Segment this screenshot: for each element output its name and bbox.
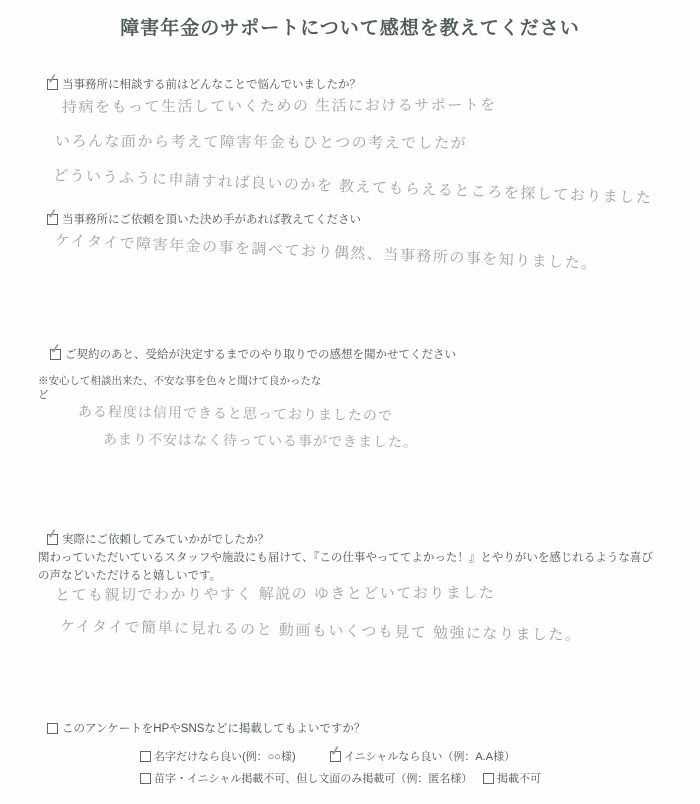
checkbox-question-publish[interactable]: ✓ (47, 723, 58, 734)
publish-option-label: 掲載不可 (497, 770, 541, 786)
note-text: ど (38, 387, 49, 402)
publish-option-label: 名字だけなら良い(例：○○様) (154, 748, 296, 764)
checkmark-icon: ✓ (46, 206, 59, 220)
publish-option-name-only: ✓ 名字だけなら良い(例：○○様) (140, 748, 296, 764)
question-publish: ✓ このアンケートをHPやSNSなどに掲載してもよいですか？ (47, 720, 365, 736)
form-title: 障害年金のサポートについて感想を教えてください (0, 13, 700, 40)
checkbox-question-1[interactable]: ✓ (47, 79, 58, 90)
checkmark-icon: ✓ (329, 743, 342, 757)
handwritten-answer-line: 持病をもって生活していくための 生活におけるサポートを (62, 98, 497, 115)
handwritten-answer-line: ある程度は信用できると思っておりましたので (78, 404, 393, 422)
checkmark-icon: ✓ (49, 341, 62, 355)
publish-option-label: イニシャルなら良い（例：A.A様） (344, 748, 515, 764)
checkbox-option-text-only[interactable]: ✓ (140, 773, 151, 784)
checkmark-icon: ✓ (46, 526, 59, 540)
question-2-label: 当事務所にご依頼を頂いた決め手があれば教えてください (62, 211, 361, 227)
survey-page: 障害年金のサポートについて感想を教えてください ✓ 当事務所に相談する前はどんな… (0, 0, 700, 804)
handwritten-answer-line: ケイタイで障害年金の事を調べており偶然、当事務所の事を知りました。 (55, 233, 598, 272)
question-1: ✓ 当事務所に相談する前はどんなことで悩んでいましたか？ (47, 76, 361, 92)
question-3: ✓ ご契約のあと、受給が決定するまでのやり取りでの感想を聞かせてください (50, 346, 456, 362)
publish-option-label: 苗字・イニシャル掲載不可、但し文面のみ掲載可（例：匿名様） (154, 770, 472, 786)
checkbox-question-4[interactable]: ✓ (47, 534, 58, 545)
question-2: ✓ 当事務所にご依頼を頂いた決め手があれば教えてください (47, 211, 361, 227)
question-publish-label: このアンケートをHPやSNSなどに掲載してもよいですか？ (62, 720, 365, 736)
question-4: ✓ 実際にご依頼してみていかがでしたか？ (47, 531, 269, 547)
checkbox-option-name-only[interactable]: ✓ (140, 751, 151, 762)
handwritten-answer-line: ケイタイで簡単に見れるのと 動画もいくつも見て 勉強になりました。 (60, 619, 582, 643)
handwritten-answer-line: あまり不安はなく待っている事ができました。 (103, 432, 418, 449)
checkbox-question-3[interactable]: ✓ (50, 349, 61, 360)
publish-option-no-publish: ✓ 掲載不可 (483, 770, 541, 786)
handwritten-answer-line: とても親切でわかりやすく 解説の ゆきとどいておりました (55, 586, 495, 603)
question-4-description: の声などいただけると嬉しいです。 (38, 567, 221, 583)
question-3-label: ご契約のあと、受給が決定するまでのやり取りでの感想を聞かせてください (65, 346, 456, 362)
question-4-label: 実際にご依頼してみていかがでしたか？ (62, 531, 269, 547)
checkmark-icon: ✓ (46, 71, 59, 85)
handwritten-answer-line: どういうふうに申請すれば良いのかを 教えてもらえるところを探しておりました (53, 168, 653, 206)
question-1-label: 当事務所に相談する前はどんなことで悩んでいましたか？ (62, 76, 361, 92)
publish-option-text-only: ✓ 苗字・イニシャル掲載不可、但し文面のみ掲載可（例：匿名様） (140, 770, 472, 786)
checkbox-question-2[interactable]: ✓ (47, 214, 58, 225)
question-4-description: 関わっていただいているスタッフや施設にも届けて、『この仕事やっててよかった！』と… (38, 549, 653, 565)
handwritten-answer-line: いろんな面から考えて障害年金もひとつの考えでしたが (55, 134, 467, 151)
checkbox-option-initials[interactable]: ✓ (330, 751, 341, 762)
checkbox-option-no-publish[interactable]: ✓ (483, 773, 494, 784)
note-text: ※安心して相談出来た、不安な事を色々と聞けて良かったな (38, 373, 322, 388)
publish-option-initials: ✓ イニシャルなら良い（例：A.A様） (330, 748, 515, 764)
